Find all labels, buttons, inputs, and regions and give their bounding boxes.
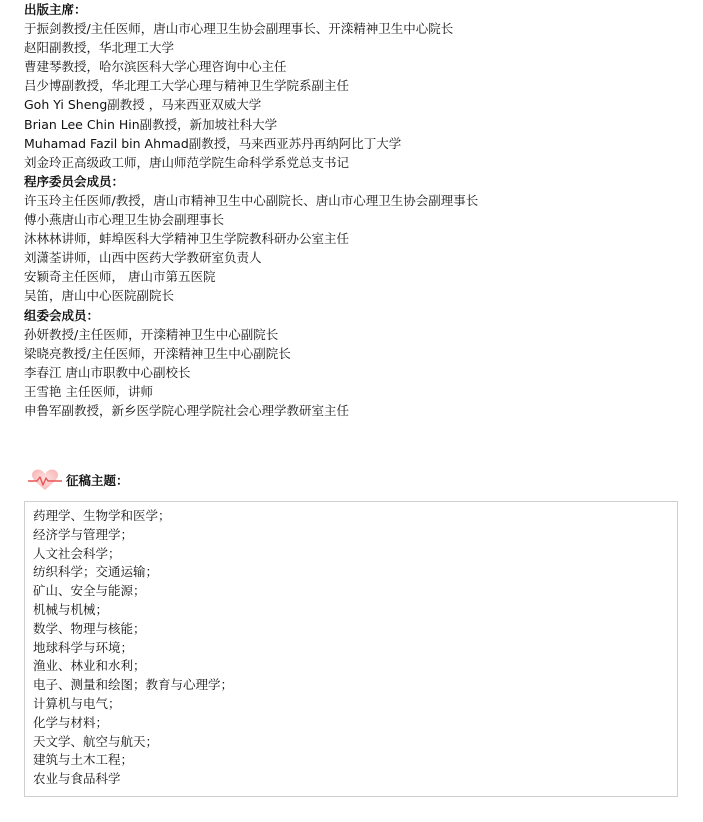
member-line: 赵阳副教授，华北理工大学 [24, 38, 684, 57]
member-line: 沐林林讲师，蚌埠医科大学精神卫生学院教科研办公室主任 [24, 229, 684, 248]
topic-item: 经济学与管理学； [33, 526, 677, 545]
committee-list: 出版主席： 于振剑教授/主任医师，唐山市心理卫生协会副理事长、开滦精神卫生中心院… [24, 0, 684, 420]
section-heading-publication-chair: 出版主席： [24, 0, 684, 19]
member-line: 孙妍教授/主任医师，开滦精神卫生中心副院长 [24, 325, 684, 344]
topic-item: 化学与材料； [33, 714, 677, 733]
member-line: 王雪艳 主任医师，讲师 [24, 382, 684, 401]
topic-item: 计算机与电气； [33, 695, 677, 714]
member-line: 刘潇荃讲师，山西中医药大学教研室负责人 [24, 248, 684, 267]
topic-item: 矿山、安全与能源； [33, 582, 677, 601]
member-line: 梁晓亮教授/主任医师，开滦精神卫生中心副院长 [24, 344, 684, 363]
topic-item: 建筑与土木工程； [33, 751, 677, 770]
member-line: 申鲁军副教授，新乡医学院心理学院社会心理学教研室主任 [24, 401, 684, 420]
member-line: 傅小燕唐山市心理卫生协会副理事长 [24, 210, 684, 229]
topics-header: 征稿主题： [28, 468, 129, 492]
topic-item: 药理学、生物学和医学； [33, 507, 677, 526]
member-line: 曹建琴教授，哈尔滨医科大学心理咨询中心主任 [24, 57, 684, 76]
member-line: 安颖奇主任医师， 唐山市第五医院 [24, 267, 684, 286]
topic-item: 地球科学与环境； [33, 639, 677, 658]
member-line: Goh Yi Sheng副教授 ，马来西亚双威大学 [24, 95, 684, 114]
topic-item: 农业与食品科学 [33, 770, 677, 789]
topic-item: 数学、物理与核能； [33, 620, 677, 639]
topics-box: 药理学、生物学和医学； 经济学与管理学； 人文社会科学； 纺织科学；交通运输； … [24, 501, 678, 797]
topics-title: 征稿主题： [66, 471, 129, 489]
member-line: 于振剑教授/主任医师，唐山市心理卫生协会副理事长、开滦精神卫生中心院长 [24, 19, 684, 38]
member-line: 吕少博副教授，华北理工大学心理与精神卫生学院系副主任 [24, 76, 684, 95]
topic-item: 渔业、林业和水利； [33, 657, 677, 676]
topic-item: 天文学、航空与航天； [33, 733, 677, 752]
member-line: 刘金玲正高级政工师，唐山师范学院生命科学系党总支书记 [24, 153, 684, 172]
topic-item: 电子、测量和绘图；教育与心理学； [33, 676, 677, 695]
topic-item: 机械与机械； [33, 601, 677, 620]
topic-item: 纺织科学；交通运输； [33, 563, 677, 582]
section-heading-program-committee: 程序委员会成员： [24, 172, 684, 191]
member-line: 李春江 唐山市职教中心副校长 [24, 363, 684, 382]
member-line: 许玉玲主任医师/教授，唐山市精神卫生中心副院长、唐山市心理卫生协会副理事长 [24, 191, 684, 210]
member-line: 吴笛，唐山中心医院副院长 [24, 286, 684, 305]
member-line: Muhamad Fazil bin Ahmad副教授，马来西亚苏丹再纳阿比丁大学 [24, 134, 684, 153]
section-heading-organizing-committee: 组委会成员： [24, 306, 684, 325]
topic-item: 人文社会科学； [33, 545, 677, 564]
heartbeat-icon [28, 468, 62, 492]
member-line: Brian Lee Chin Hin副教授，新加坡社科大学 [24, 115, 684, 134]
